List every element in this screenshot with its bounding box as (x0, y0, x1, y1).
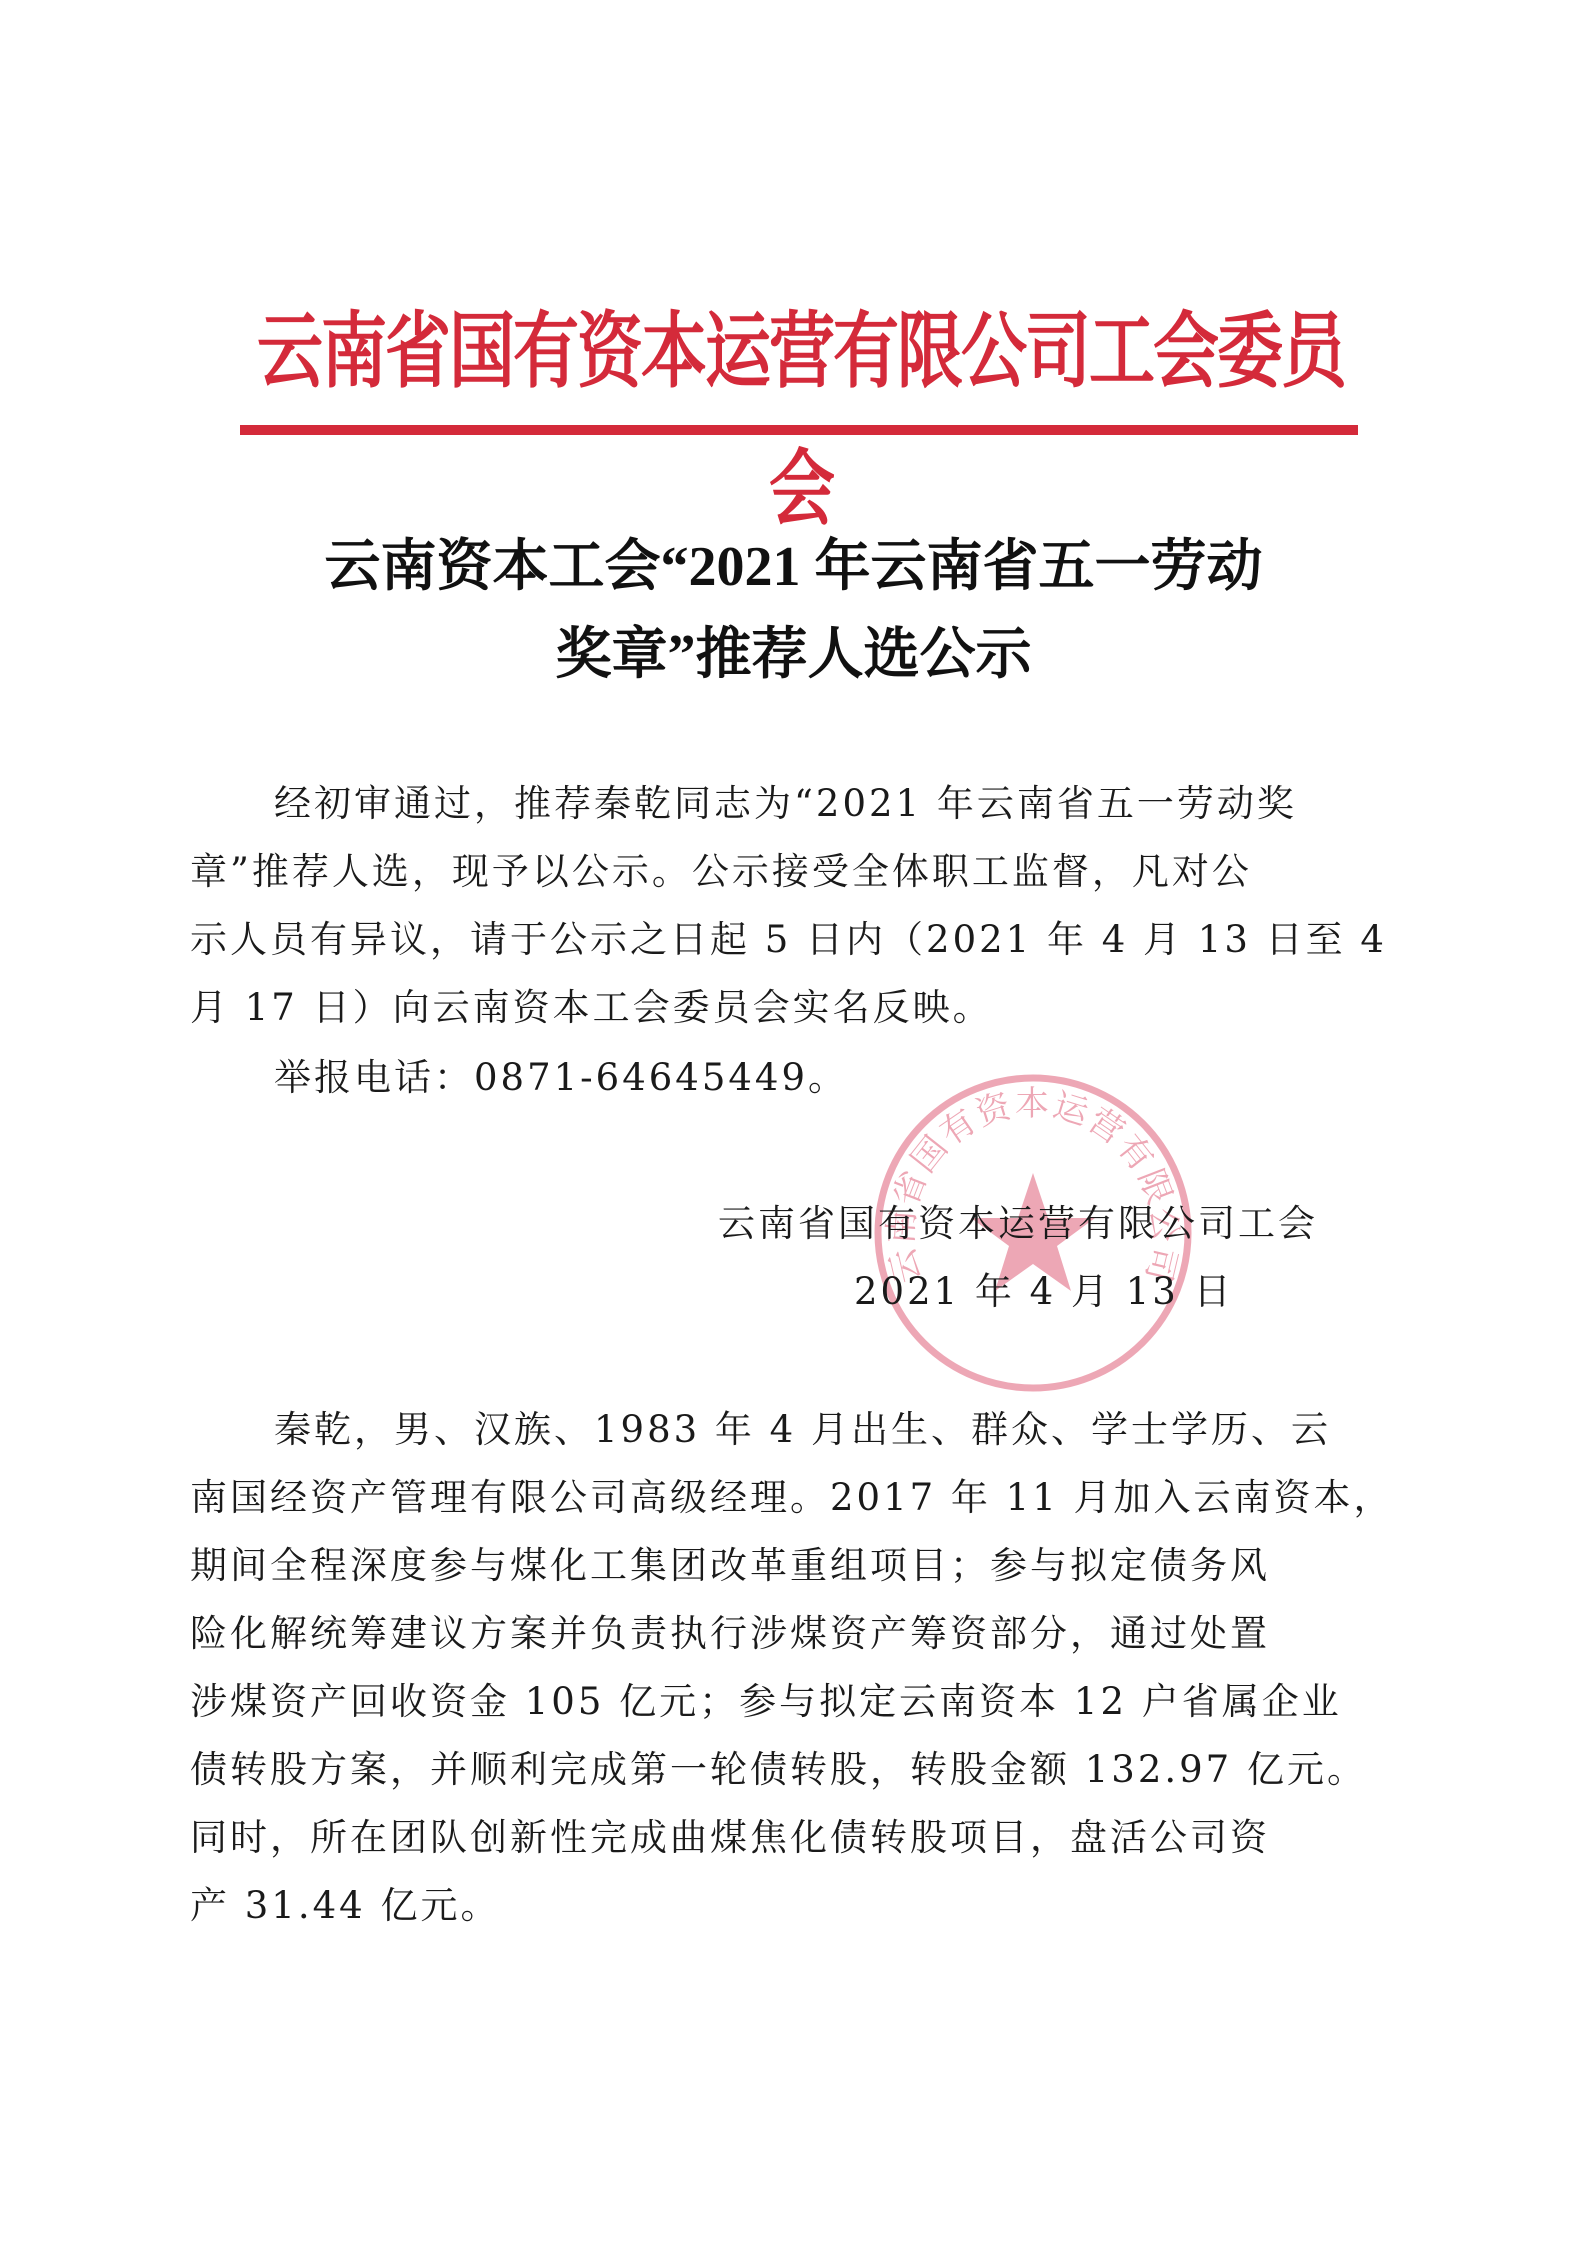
masthead-title: 云南省国有资本运营有限公司工会委员会 (236, 282, 1366, 557)
profile-line: 秦乾，男、汉族、1983 年 4 月出生、群众、学士学历、云 (190, 1396, 1365, 1464)
profile-line: 债转股方案，并顺利完成第一轮债转股，转股金额 132.97 亿元。 (190, 1736, 1365, 1804)
candidate-profile-paragraph: 秦乾，男、汉族、1983 年 4 月出生、群众、学士学历、云 南国经资产管理有限… (190, 1396, 1365, 1940)
announcement-line: 经初审通过，推荐秦乾同志为“2021 年云南省五一劳动奖 (190, 770, 1365, 838)
signature-date: 2021 年 4 月 13 日 (854, 1262, 1234, 1322)
masthead-red-rule (240, 425, 1358, 435)
signature-organization: 云南省国有资本运营有限公司工会 (718, 1194, 1318, 1254)
announcement-paragraph: 经初审通过，推荐秦乾同志为“2021 年云南省五一劳动奖 章”推荐人选，现予以公… (190, 770, 1365, 1042)
profile-line: 期间全程深度参与煤化工集团改革重组项目；参与拟定债务风 (190, 1532, 1365, 1600)
notice-title-line-2: 奖章”推荐人选公示 (180, 620, 1407, 690)
document-page: 云南省国有资本运营有限公司工会委员会 云南资本工会“2021 年云南省五一劳动 … (0, 0, 1587, 2244)
announcement-line: 月 17 日）向云南资本工会委员会实名反映。 (190, 974, 1365, 1042)
report-hotline: 举报电话：0871-64645449。 (274, 1044, 848, 1112)
announcement-line: 章”推荐人选，现予以公示。公示接受全体职工监督，凡对公 (190, 838, 1365, 906)
profile-line: 同时，所在团队创新性完成曲煤焦化债转股项目，盘活公司资 (190, 1804, 1365, 1872)
profile-line: 涉煤资产回收资金 105 亿元；参与拟定云南资本 12 户省属企业 (190, 1668, 1365, 1736)
profile-line: 产 31.44 亿元。 (190, 1872, 1365, 1940)
profile-line: 险化解统筹建议方案并负责执行涉煤资产筹资部分，通过处置 (190, 1600, 1365, 1668)
announcement-line: 示人员有异议，请于公示之日起 5 日内（2021 年 4 月 13 日至 4 (190, 906, 1365, 974)
profile-line: 南国经资产管理有限公司高级经理。2017 年 11 月加入云南资本， (190, 1464, 1365, 1532)
svg-text:云南省国有资本运营有限公司: 云南省国有资本运营有限公司 (881, 1084, 1185, 1287)
notice-title-line-1: 云南资本工会“2021 年云南省五一劳动 (180, 532, 1407, 602)
